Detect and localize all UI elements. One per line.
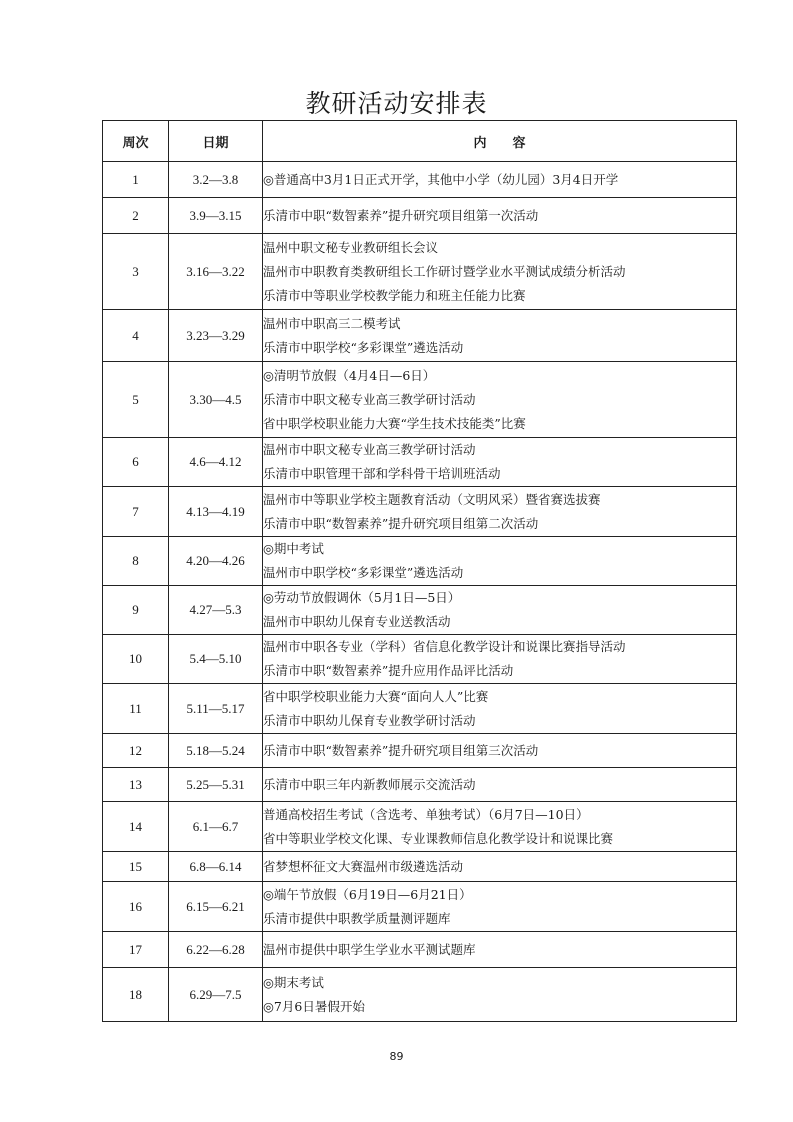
activity-item: 乐清市提供中职教学质量测评题库: [263, 907, 736, 931]
content-cell: 乐清市中职三年内新教师展示交流活动: [263, 768, 737, 802]
date-cell: 5.11—5.17: [169, 684, 263, 734]
table-row: 43.23—3.29温州市中职高三二模考试乐清市中职学校“多彩课堂”遴选活动: [103, 310, 737, 362]
activity-item: 乐清市中职“数智素养”提升研究项目组第二次活动: [263, 512, 736, 536]
activity-item: 温州市中职高三二模考试: [263, 312, 736, 336]
table-row: 94.27—5.3◎劳动节放假调休（5月1日—5日）温州市中职幼儿保育专业送教活…: [103, 586, 737, 635]
table-row: 84.20—4.26◎期中考试温州市中职学校“多彩课堂”遴选活动: [103, 537, 737, 586]
date-cell: 4.6—4.12: [169, 438, 263, 487]
date-cell: 6.29—7.5: [169, 968, 263, 1022]
content-cell: ◎劳动节放假调休（5月1日—5日）温州市中职幼儿保育专业送教活动: [263, 586, 737, 635]
table-row: 64.6—4.12温州市中职文秘专业高三教学研讨活动乐清市中职管理干部和学科骨干…: [103, 438, 737, 487]
activity-item: 温州中职文秘专业教研组长会议: [263, 236, 736, 260]
date-cell: 3.30—4.5: [169, 362, 263, 438]
date-cell: 5.25—5.31: [169, 768, 263, 802]
date-cell: 5.18—5.24: [169, 734, 263, 768]
date-cell: 3.2—3.8: [169, 162, 263, 198]
activity-item: 乐清市中职三年内新教师展示交流活动: [263, 773, 736, 797]
activity-item: ◎劳动节放假调休（5月1日—5日）: [263, 586, 736, 610]
document-title: 教研活动安排表: [0, 84, 793, 120]
activity-item: 温州市提供中职学生学业水平测试题库: [263, 938, 736, 962]
table-row: 125.18—5.24乐清市中职“数智素养”提升研究项目组第三次活动: [103, 734, 737, 768]
content-cell: 温州市中等职业学校主题教育活动（文明风采）暨省赛选拔赛乐清市中职“数智素养”提升…: [263, 487, 737, 537]
week-cell: 16: [103, 882, 169, 932]
week-cell: 13: [103, 768, 169, 802]
content-cell: 乐清市中职“数智素养”提升研究项目组第一次活动: [263, 198, 737, 234]
activity-item: 温州市中职学校“多彩课堂”遴选活动: [263, 561, 736, 585]
content-cell: 温州市中职文秘专业高三教学研讨活动乐清市中职管理干部和学科骨干培训班活动: [263, 438, 737, 487]
page-number: 89: [0, 1050, 793, 1063]
content-cell: ◎期末考试◎7月6日暑假开始: [263, 968, 737, 1022]
activity-item: ◎普通高中3月1日正式开学，其他中小学（幼儿园）3月4日开学: [263, 168, 736, 192]
activity-item: 省中等职业学校文化课、专业课教师信息化教学设计和说课比赛: [263, 827, 736, 851]
table-row: 115.11—5.17省中职学校职业能力大赛“面向人人”比赛乐清市中职幼儿保育专…: [103, 684, 737, 734]
week-cell: 7: [103, 487, 169, 537]
activity-item: 温州市中职文秘专业高三教学研讨活动: [263, 438, 736, 462]
table-row: 135.25—5.31乐清市中职三年内新教师展示交流活动: [103, 768, 737, 802]
content-cell: 乐清市中职“数智素养”提升研究项目组第三次活动: [263, 734, 737, 768]
activity-item: 温州市中职教育类教研组长工作研讨暨学业水平测试成绩分析活动: [263, 260, 736, 284]
table-row: 33.16—3.22温州中职文秘专业教研组长会议温州市中职教育类教研组长工作研讨…: [103, 234, 737, 310]
activity-item: ◎端午节放假（6月19日—6月21日）: [263, 883, 736, 907]
table-row: 13.2—3.8◎普通高中3月1日正式开学，其他中小学（幼儿园）3月4日开学: [103, 162, 737, 198]
activity-item: ◎期中考试: [263, 537, 736, 561]
table-row: 186.29—7.5◎期末考试◎7月6日暑假开始: [103, 968, 737, 1022]
activity-item: 省中职学校职业能力大赛“学生技术技能类”比赛: [263, 412, 736, 436]
week-cell: 18: [103, 968, 169, 1022]
activity-item: 温州市中职各专业（学科）省信息化教学设计和说课比赛指导活动: [263, 635, 736, 659]
week-cell: 14: [103, 802, 169, 852]
content-cell: 温州市中职各专业（学科）省信息化教学设计和说课比赛指导活动乐清市中职“数智素养”…: [263, 635, 737, 684]
activity-item: 省中职学校职业能力大赛“面向人人”比赛: [263, 685, 736, 709]
table-row: 74.13—4.19温州市中等职业学校主题教育活动（文明风采）暨省赛选拔赛乐清市…: [103, 487, 737, 537]
content-cell: ◎端午节放假（6月19日—6月21日）乐清市提供中职教学质量测评题库: [263, 882, 737, 932]
date-cell: 5.4—5.10: [169, 635, 263, 684]
schedule-table: 周次 日期 内 容 13.2—3.8◎普通高中3月1日正式开学，其他中小学（幼儿…: [102, 120, 737, 1022]
content-cell: 温州中职文秘专业教研组长会议温州市中职教育类教研组长工作研讨暨学业水平测试成绩分…: [263, 234, 737, 310]
date-cell: 4.27—5.3: [169, 586, 263, 635]
week-cell: 11: [103, 684, 169, 734]
activity-item: 乐清市中职“数智素养”提升应用作品评比活动: [263, 659, 736, 683]
week-cell: 15: [103, 852, 169, 882]
week-cell: 4: [103, 310, 169, 362]
content-cell: ◎清明节放假（4月4日—6日）乐清市中职文秘专业高三教学研讨活动省中职学校职业能…: [263, 362, 737, 438]
date-cell: 3.23—3.29: [169, 310, 263, 362]
table-row: 23.9—3.15乐清市中职“数智素养”提升研究项目组第一次活动: [103, 198, 737, 234]
activity-item: 乐清市中职管理干部和学科骨干培训班活动: [263, 462, 736, 486]
activity-item: 乐清市中等职业学校教学能力和班主任能力比赛: [263, 284, 736, 308]
activity-item: 乐清市中职“数智素养”提升研究项目组第一次活动: [263, 204, 736, 228]
activity-item: ◎7月6日暑假开始: [263, 995, 736, 1019]
table-row: 176.22—6.28温州市提供中职学生学业水平测试题库: [103, 932, 737, 968]
week-cell: 12: [103, 734, 169, 768]
week-cell: 2: [103, 198, 169, 234]
content-cell: 省梦想杯征文大赛温州市级遴选活动: [263, 852, 737, 882]
content-cell: 温州市中职高三二模考试乐清市中职学校“多彩课堂”遴选活动: [263, 310, 737, 362]
activity-item: 温州市中等职业学校主题教育活动（文明风采）暨省赛选拔赛: [263, 488, 736, 512]
header-week: 周次: [103, 121, 169, 162]
week-cell: 6: [103, 438, 169, 487]
date-cell: 3.9—3.15: [169, 198, 263, 234]
table-row: 166.15—6.21◎端午节放假（6月19日—6月21日）乐清市提供中职教学质…: [103, 882, 737, 932]
activity-item: 普通高校招生考试（含选考、单独考试）（6月7日—10日）: [263, 803, 736, 827]
date-cell: 6.15—6.21: [169, 882, 263, 932]
content-cell: 省中职学校职业能力大赛“面向人人”比赛乐清市中职幼儿保育专业教学研讨活动: [263, 684, 737, 734]
table-row: 156.8—6.14省梦想杯征文大赛温州市级遴选活动: [103, 852, 737, 882]
week-cell: 3: [103, 234, 169, 310]
week-cell: 17: [103, 932, 169, 968]
date-cell: 4.20—4.26: [169, 537, 263, 586]
header-date: 日期: [169, 121, 263, 162]
week-cell: 5: [103, 362, 169, 438]
activity-item: 省梦想杯征文大赛温州市级遴选活动: [263, 855, 736, 879]
activity-item: ◎清明节放假（4月4日—6日）: [263, 364, 736, 388]
week-cell: 8: [103, 537, 169, 586]
content-cell: ◎期中考试温州市中职学校“多彩课堂”遴选活动: [263, 537, 737, 586]
table-row: 105.4—5.10温州市中职各专业（学科）省信息化教学设计和说课比赛指导活动乐…: [103, 635, 737, 684]
date-cell: 6.8—6.14: [169, 852, 263, 882]
content-cell: 温州市提供中职学生学业水平测试题库: [263, 932, 737, 968]
date-cell: 4.13—4.19: [169, 487, 263, 537]
content-cell: 普通高校招生考试（含选考、单独考试）（6月7日—10日）省中等职业学校文化课、专…: [263, 802, 737, 852]
table-header-row: 周次 日期 内 容: [103, 121, 737, 162]
activity-item: 乐清市中职“数智素养”提升研究项目组第三次活动: [263, 739, 736, 763]
activity-item: 温州市中职幼儿保育专业送教活动: [263, 610, 736, 634]
date-cell: 6.22—6.28: [169, 932, 263, 968]
table-row: 146.1—6.7普通高校招生考试（含选考、单独考试）（6月7日—10日）省中等…: [103, 802, 737, 852]
week-cell: 10: [103, 635, 169, 684]
content-cell: ◎普通高中3月1日正式开学，其他中小学（幼儿园）3月4日开学: [263, 162, 737, 198]
date-cell: 3.16—3.22: [169, 234, 263, 310]
activity-item: ◎期末考试: [263, 971, 736, 995]
week-cell: 1: [103, 162, 169, 198]
table-body: 13.2—3.8◎普通高中3月1日正式开学，其他中小学（幼儿园）3月4日开学23…: [103, 162, 737, 1022]
table-row: 53.30—4.5◎清明节放假（4月4日—6日）乐清市中职文秘专业高三教学研讨活…: [103, 362, 737, 438]
activity-item: 乐清市中职文秘专业高三教学研讨活动: [263, 388, 736, 412]
activity-item: 乐清市中职学校“多彩课堂”遴选活动: [263, 336, 736, 360]
date-cell: 6.1—6.7: [169, 802, 263, 852]
header-content: 内 容: [263, 121, 737, 162]
activity-item: 乐清市中职幼儿保育专业教学研讨活动: [263, 709, 736, 733]
week-cell: 9: [103, 586, 169, 635]
